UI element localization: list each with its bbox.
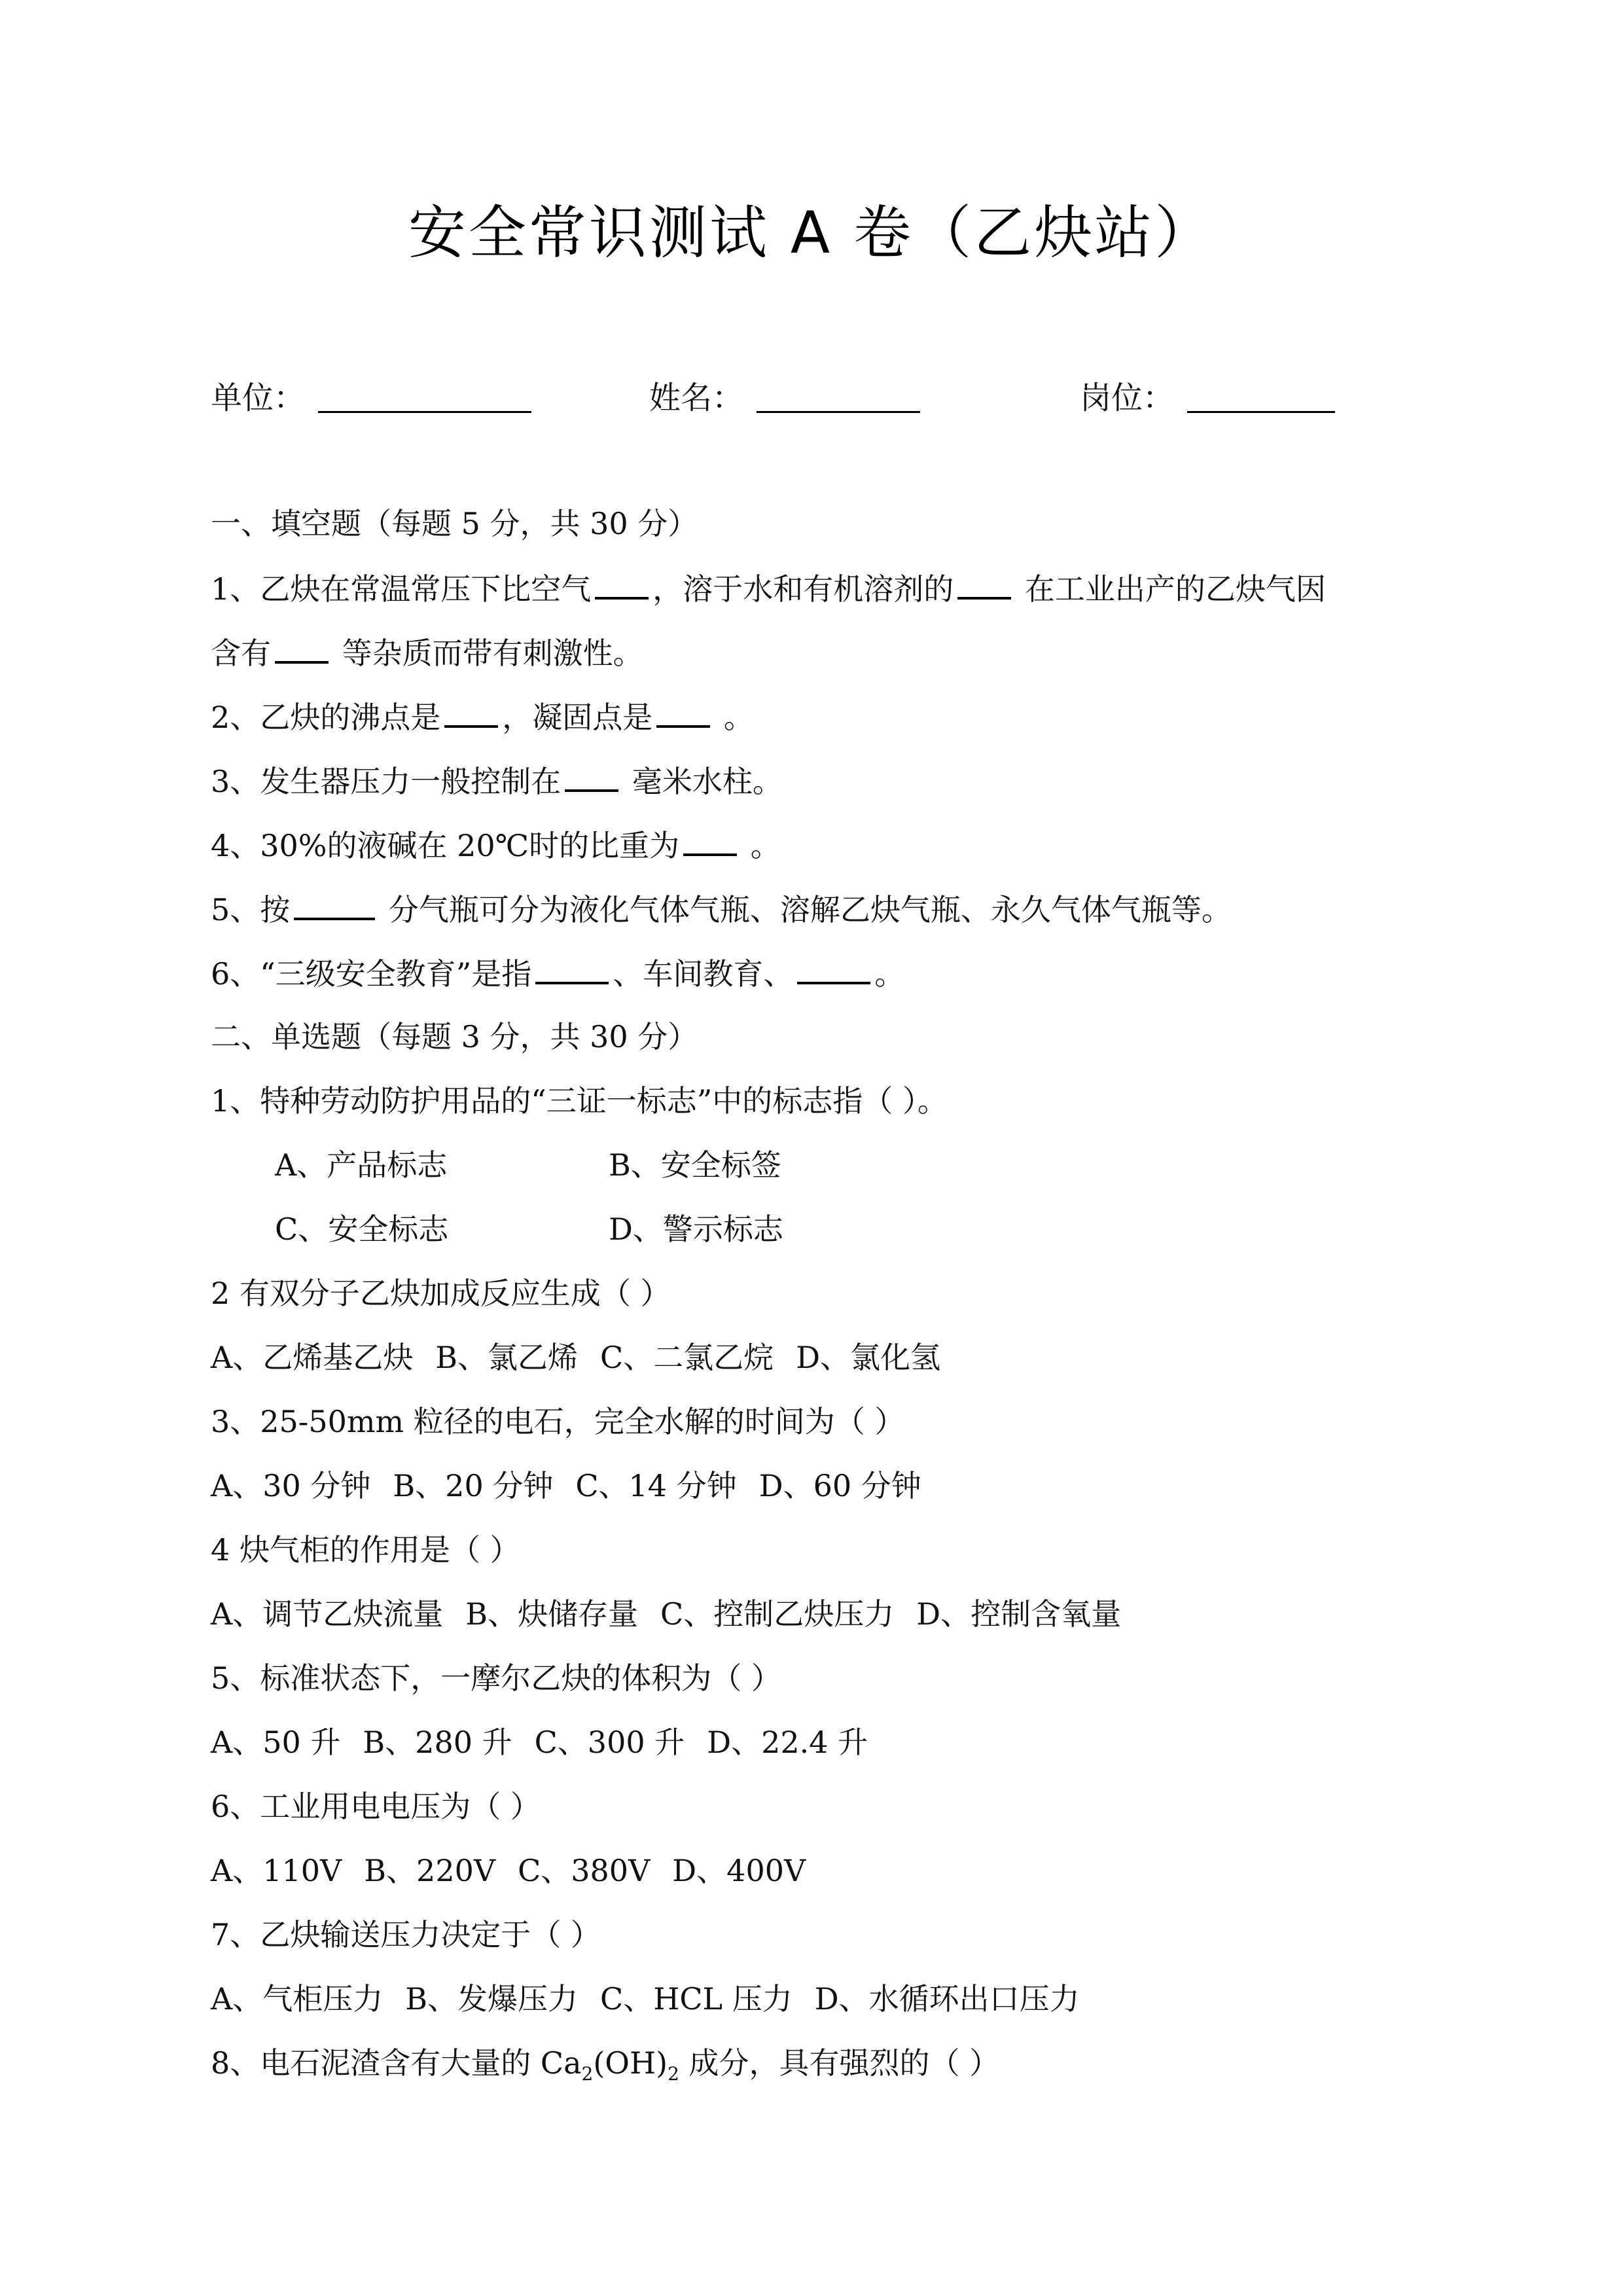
section2-heading: 二、单选题（每题 3 分，共 30 分） [211,1016,698,1058]
choice-question-2-stem: 2 有双分子乙炔加成反应生成（ ） [211,1272,671,1314]
q2-option-c[interactable]: C、二氯乙烷 [600,1336,774,1378]
q5-text-b: 分气瓶可分为液化气体气瓶、溶解乙炔气瓶、永久气体气瓶等。 [379,892,1232,927]
post-blank[interactable] [1187,372,1335,413]
q2-text-a: 2、乙炔的沸点是 [211,700,440,735]
q1-option-a[interactable]: A、产品标志 [275,1144,609,1186]
q2-text-c: 。 [714,700,754,735]
post-label: 岗位： [1080,372,1174,424]
choice-question-5-stem: 5、标准状态下，一摩尔乙炔的体积为（ ） [211,1657,781,1699]
choice-question-3-stem: 3、25-50mm 粒径的电石，完全水解的时间为（ ） [211,1401,904,1443]
q7-option-b[interactable]: B、发爆压力 [405,1978,578,2020]
info-row: 单位： 姓名： 岗位： [211,372,1454,424]
q1-option-b[interactable]: B、安全标签 [609,1144,781,1186]
q4-option-c[interactable]: C、控制乙炔压力 [660,1593,894,1635]
q1-blank-1[interactable] [595,567,649,600]
choice-question-1-options-row2: C、安全标志D、警示标志 [275,1208,783,1250]
q6-blank-1[interactable] [535,952,609,984]
q3-blank-1[interactable] [565,759,618,792]
q1-text-e: 等杂质而带有刺激性。 [332,636,643,671]
q2-option-b[interactable]: B、氯乙烯 [435,1336,578,1378]
q6-blank-2[interactable] [797,952,870,984]
q8-text-c: 成分，具有强烈的（ ） [679,2045,999,2081]
q4-text-b: 。 [741,828,781,863]
q5-option-c[interactable]: C、300 升 [535,1721,685,1763]
q6-option-b[interactable]: B、220V [364,1850,495,1892]
name-field[interactable]: 姓名： [649,372,920,424]
q1-blank-2[interactable] [957,567,1011,600]
q5-text-a: 5、按 [211,892,290,927]
q8-subscript-1: 2 [582,2063,594,2085]
q1-text-c: 在工业出产的乙炔气因 [1015,571,1326,607]
q1-text-b: ，溶于水和有机溶剂的 [652,571,954,607]
choice-question-6-options: A、110VB、220VC、380VD、400V [211,1850,806,1892]
q1-option-d[interactable]: D、警示标志 [609,1208,783,1250]
q1-option-c[interactable]: C、安全标志 [275,1208,609,1250]
q8-subscript-2: 2 [668,2063,679,2085]
page-title: 安全常识测试 A 卷（乙炔站） [0,194,1623,272]
q3-text-b: 毫米水柱。 [622,764,783,799]
choice-question-1-stem: 1、特种劳动防护用品的“三证一标志”中的标志指（ ）。 [211,1080,948,1122]
choice-question-1-options-row1: A、产品标志B、安全标签 [275,1144,781,1186]
q1-blank-3[interactable] [275,631,329,664]
choice-question-7-stem: 7、乙炔输送压力决定于（ ） [211,1914,601,1956]
name-label: 姓名： [649,372,743,424]
choice-question-7-options: A、气柜压力B、发爆压力C、HCL 压力D、水循环出口压力 [211,1978,1080,2020]
q6-option-c[interactable]: C、380V [518,1850,650,1892]
q4-option-d[interactable]: D、控制含氧量 [916,1593,1121,1635]
q8-text-b: (OH) [593,2045,668,2081]
fill-question-5: 5、按 分气瓶可分为液化气体气瓶、溶解乙炔气瓶、永久气体气瓶等。 [211,888,1232,929]
q2-blank-2[interactable] [656,695,710,728]
q5-option-a[interactable]: A、50 升 [211,1721,340,1763]
unit-blank[interactable] [318,372,531,413]
q4-option-b[interactable]: B、炔储存量 [465,1593,638,1635]
q6-option-d[interactable]: D、400V [672,1850,806,1892]
q6-text-c: 。 [874,956,904,992]
q4-option-a[interactable]: A、调节乙炔流量 [211,1593,443,1635]
choice-question-4-stem: 4 炔气柜的作用是（ ） [211,1529,520,1571]
q2-option-d[interactable]: D、氯化氢 [796,1336,940,1378]
q7-option-a[interactable]: A、气柜压力 [211,1978,383,2020]
q2-text-b: ，凝固点是 [502,700,652,735]
q3-option-a[interactable]: A、30 分钟 [211,1465,370,1507]
unit-field[interactable]: 单位： [211,372,531,424]
choice-question-8-stem: 8、电石泥渣含有大量的 Ca2(OH)2 成分，具有强烈的（ ） [211,2042,999,2084]
q3-text-a: 3、发生器压力一般控制在 [211,764,561,799]
post-field[interactable]: 岗位： [1080,372,1335,424]
q6-text-a: 6、“三级安全教育”是指 [211,956,531,992]
q3-option-b[interactable]: B、20 分钟 [393,1465,553,1507]
q7-option-c[interactable]: C、HCL 压力 [600,1978,793,2020]
q8-text-a: 8、电石泥渣含有大量的 Ca [211,2045,582,2081]
unit-label: 单位： [211,372,305,424]
q1-text-d: 含有 [211,636,271,671]
q5-option-d[interactable]: D、22.4 升 [707,1721,868,1763]
name-blank[interactable] [757,372,920,413]
q1-text-a: 1、乙炔在常温常压下比空气 [211,571,591,607]
q4-blank-1[interactable] [683,823,737,856]
q3-option-c[interactable]: C、14 分钟 [575,1465,736,1507]
q6-text-b: 、车间教育、 [613,956,793,992]
q5-option-b[interactable]: B、280 升 [363,1721,512,1763]
choice-question-4-options: A、调节乙炔流量B、炔储存量C、控制乙炔压力D、控制含氧量 [211,1593,1121,1635]
fill-question-1-line2: 含有 等杂质而带有刺激性。 [211,631,643,673]
q7-option-d[interactable]: D、水循环出口压力 [815,1978,1080,2020]
q2-option-a[interactable]: A、乙烯基乙炔 [211,1336,413,1378]
fill-question-3: 3、发生器压力一般控制在 毫米水柱。 [211,759,783,801]
fill-question-1-line1: 1、乙炔在常温常压下比空气，溶于水和有机溶剂的 在工业出产的乙炔气因 [211,567,1326,609]
choice-question-5-options: A、50 升B、280 升C、300 升D、22.4 升 [211,1721,868,1763]
fill-question-2: 2、乙炔的沸点是，凝固点是 。 [211,695,754,737]
fill-question-6: 6、“三级安全教育”是指、车间教育、。 [211,952,904,994]
q5-blank-1[interactable] [294,888,375,920]
q3-option-d[interactable]: D、60 分钟 [759,1465,921,1507]
q2-blank-1[interactable] [444,695,498,728]
fill-question-4: 4、30%的液碱在 20℃时的比重为 。 [211,823,781,865]
q6-option-a[interactable]: A、110V [211,1850,342,1892]
choice-question-3-options: A、30 分钟B、20 分钟C、14 分钟D、60 分钟 [211,1465,921,1507]
choice-question-2-options: A、乙烯基乙炔B、氯乙烯C、二氯乙烷D、氯化氢 [211,1336,940,1378]
q4-text-a: 4、30%的液碱在 20℃时的比重为 [211,828,679,863]
section1-heading: 一、填空题（每题 5 分，共 30 分） [211,503,698,545]
choice-question-6-stem: 6、工业用电电压为（ ） [211,1785,541,1827]
